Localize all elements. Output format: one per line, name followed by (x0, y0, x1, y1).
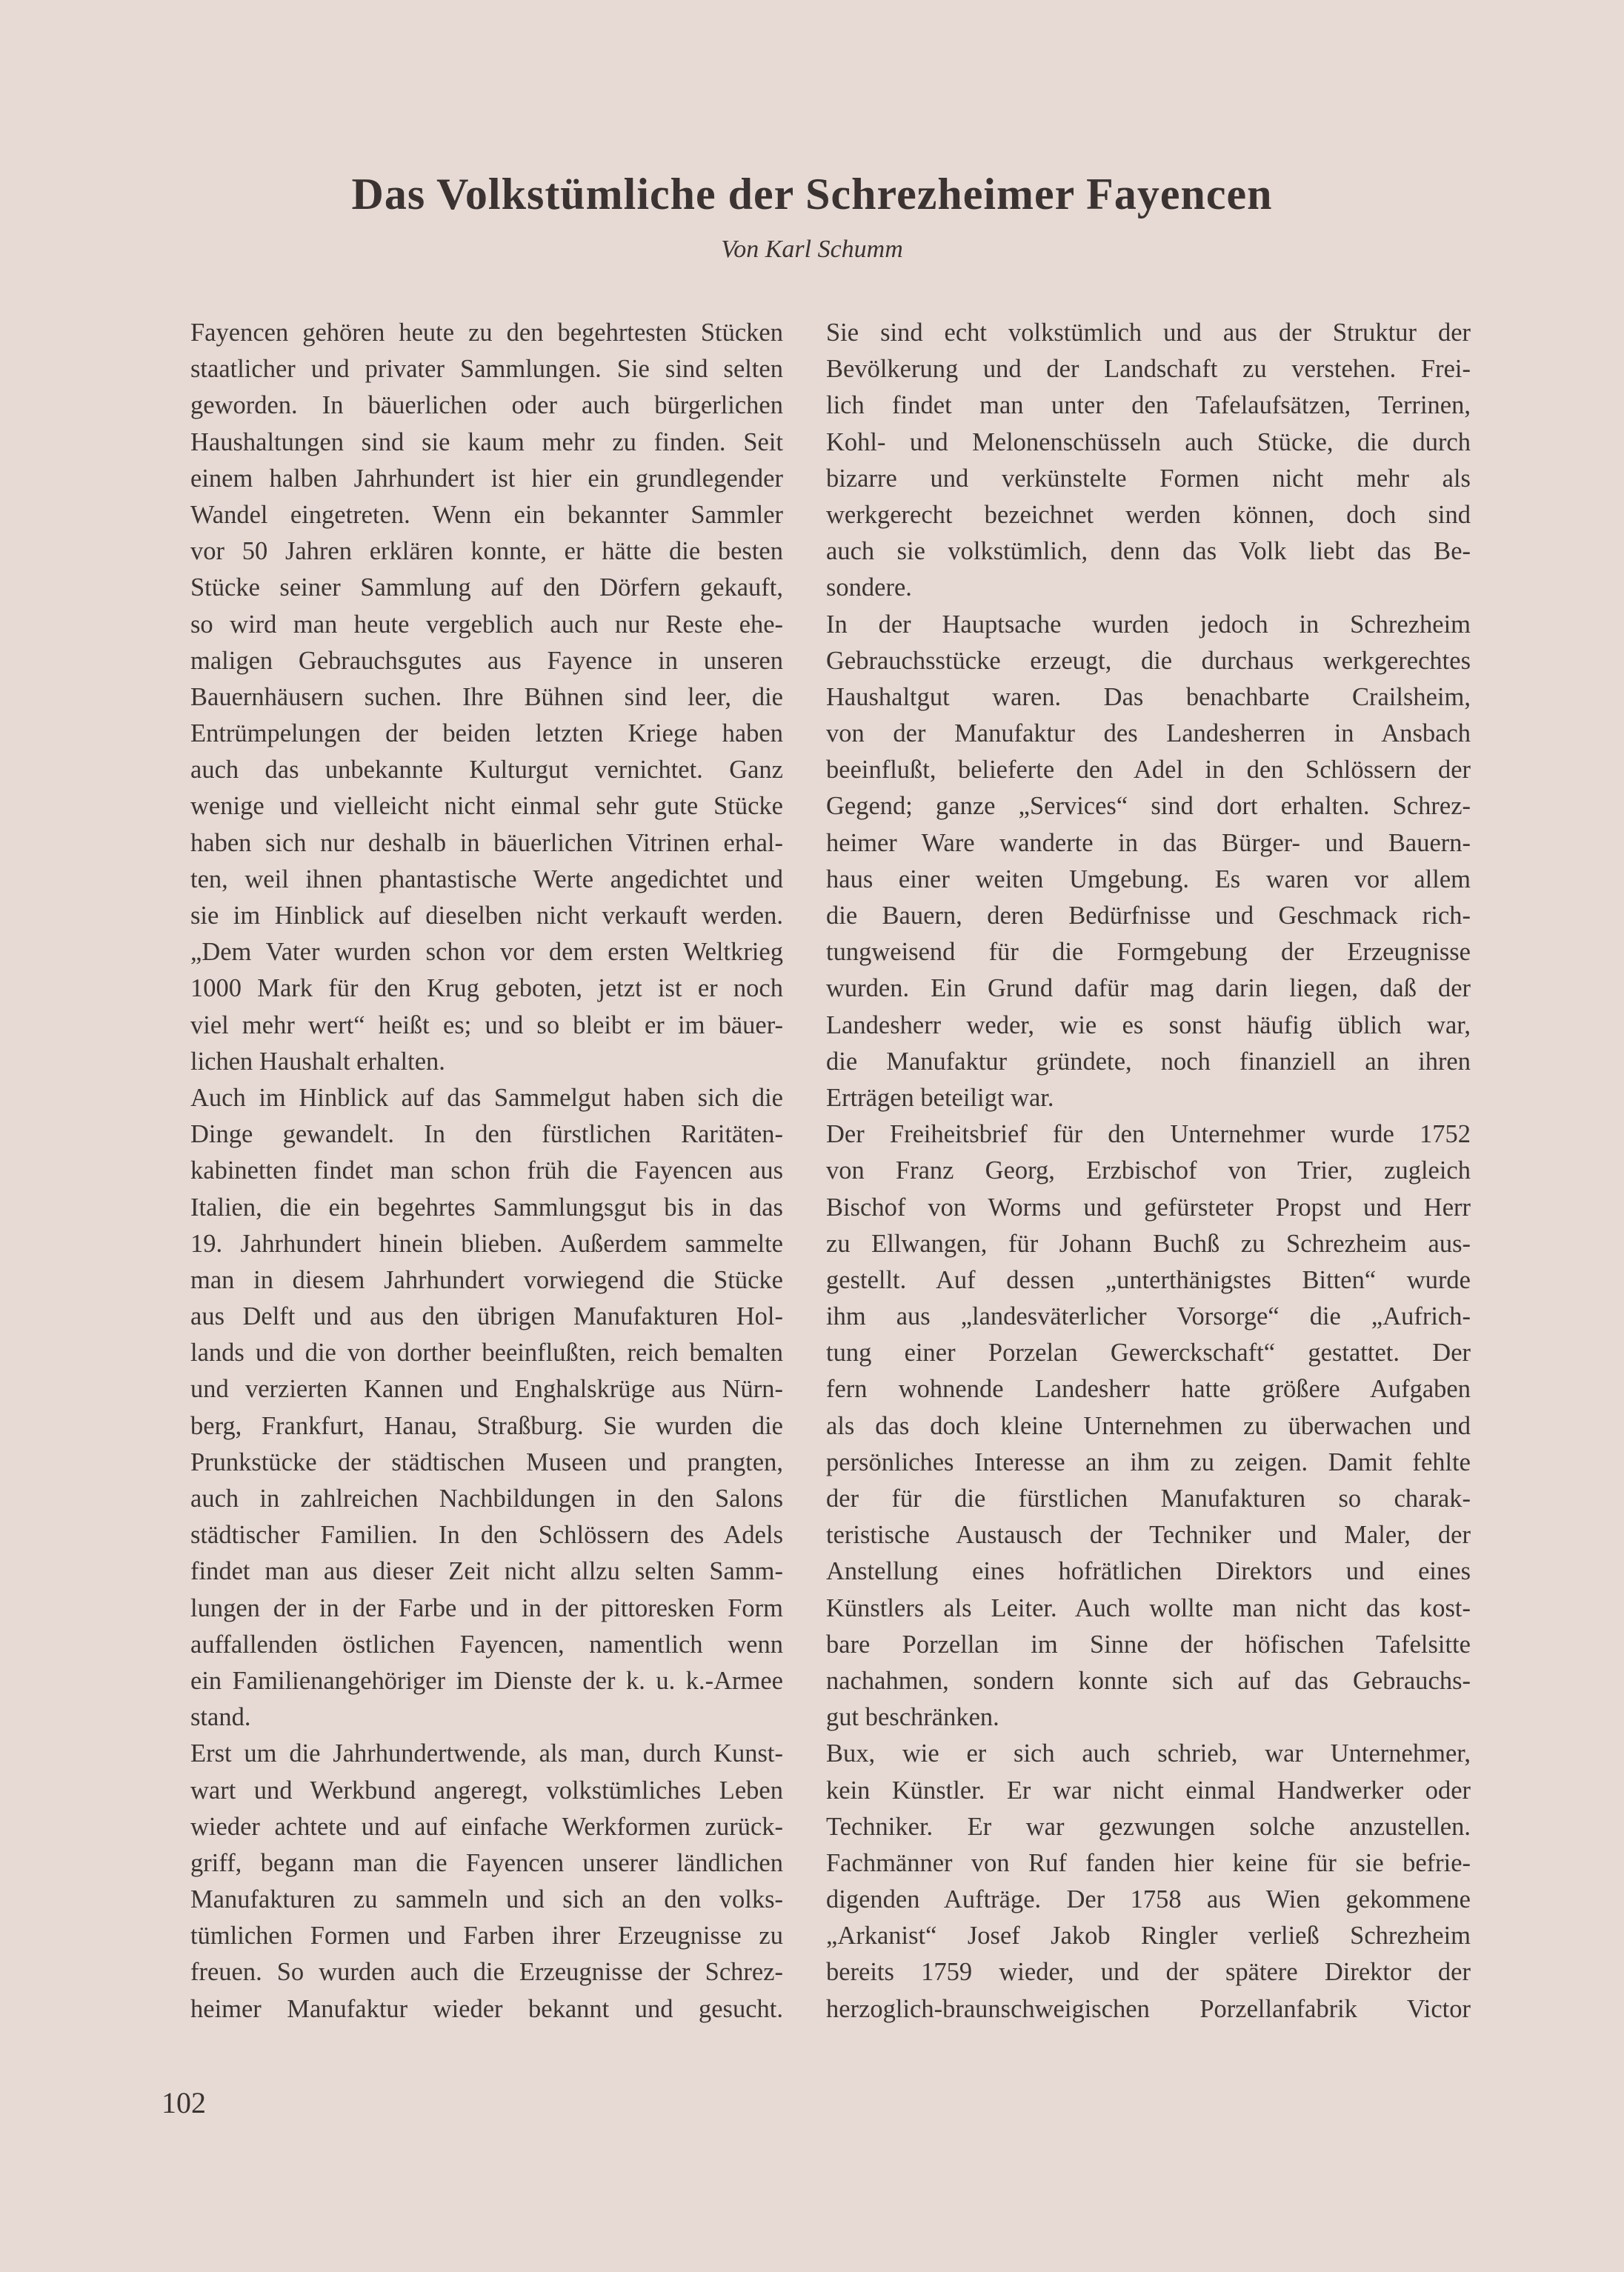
text-column-right: Sie sind echt volkstümlich und aus der S… (826, 315, 1471, 2028)
text-line: teristische Austausch der Techniker und … (826, 1517, 1471, 1553)
text-line: Gebrauchsstücke erzeugt, die durchaus we… (826, 643, 1471, 679)
text-column-left: Fayencen gehören heute zu den begehrtest… (190, 315, 783, 2028)
text-line: werkgerecht bezeichnet werden können, do… (826, 497, 1471, 533)
text-line: wart und Werkbund angeregt, volkstümlich… (190, 1773, 783, 1809)
text-line: der für die fürstlichen Manufakturen so … (826, 1481, 1471, 1517)
text-line: Italien, die ein begehrtes Sammlungsgut … (190, 1190, 783, 1226)
text-line: einem halben Jahrhundert ist hier ein gr… (190, 461, 783, 497)
text-line: lungen der in der Farbe und in der pitto… (190, 1590, 783, 1627)
text-line: heimer Ware wanderte in das Bürger- und … (826, 825, 1471, 862)
text-line: und verzierten Kannen und Enghalskrüge a… (190, 1371, 783, 1407)
text-line: Auch im Hinblick auf das Sammelgut haben… (190, 1080, 783, 1116)
text-line: nachahmen, sondern konnte sich auf das G… (826, 1663, 1471, 1699)
text-line: „Dem Vater wurden schon vor dem ersten W… (190, 934, 783, 970)
text-line: stand. (190, 1699, 783, 1736)
text-line: 19. Jahrhundert hinein blieben. Außerdem… (190, 1226, 783, 1262)
text-line: tungweisend für die Formgebung der Erzeu… (826, 934, 1471, 970)
text-line: von der Manufaktur des Landesherren in A… (826, 716, 1471, 752)
page-number: 102 (162, 2085, 206, 2120)
page-title: Das Volkstümliche der Schrezheimer Fayen… (0, 169, 1624, 220)
text-line: lands und die von dorther beeinflußten, … (190, 1335, 783, 1371)
text-line: Landesherr weder, wie es sonst häufig üb… (826, 1007, 1471, 1044)
text-line: von Franz Georg, Erzbischof von Trier, z… (826, 1153, 1471, 1189)
text-line: gestellt. Auf dessen „unterthänigstes Bi… (826, 1262, 1471, 1299)
text-line: kabinetten findet man schon früh die Fay… (190, 1153, 783, 1189)
text-line: die Bauern, deren Bedürfnisse und Geschm… (826, 898, 1471, 934)
text-line: die Manufaktur gründete, noch finanziell… (826, 1044, 1471, 1080)
text-line: sie im Hinblick auf dieselben nicht verk… (190, 898, 783, 934)
text-line: Manufakturen zu sammeln und sich an den … (190, 1882, 783, 1918)
text-line: als das doch kleine Unternehmen zu überw… (826, 1408, 1471, 1445)
text-line: wieder achtete und auf einfache Werkform… (190, 1809, 783, 1845)
text-line: findet man aus dieser Zeit nicht allzu s… (190, 1553, 783, 1590)
text-line: Dinge gewandelt. In den fürstlichen Rari… (190, 1116, 783, 1153)
text-line: Entrümpelungen der beiden letzten Kriege… (190, 716, 783, 752)
text-line: Fayencen gehören heute zu den begehrtest… (190, 315, 783, 351)
text-line: haben sich nur deshalb in bäuerlichen Vi… (190, 825, 783, 862)
text-line: aus Delft und aus den übrigen Manufaktur… (190, 1299, 783, 1335)
text-line: berg, Frankfurt, Hanau, Straßburg. Sie w… (190, 1408, 783, 1445)
text-line: „Arkanist“ Josef Jakob Ringler verließ S… (826, 1918, 1471, 1954)
text-line: auch in zahlreichen Nachbildungen in den… (190, 1481, 783, 1517)
text-line: auch das unbekannte Kulturgut vernichtet… (190, 752, 783, 788)
text-line: Gegend; ganze „Services“ sind dort erhal… (826, 788, 1471, 824)
text-line: freuen. So wurden auch die Erzeugnisse d… (190, 1954, 783, 1991)
text-line: Prunkstücke der städtischen Museen und p… (190, 1445, 783, 1481)
text-line: Bauernhäusern suchen. Ihre Bühnen sind l… (190, 679, 783, 716)
text-line: städtischer Familien. In den Schlössern … (190, 1517, 783, 1553)
text-line: maligen Gebrauchsgutes aus Fayence in un… (190, 643, 783, 679)
text-line: Bevölkerung und der Landschaft zu verste… (826, 351, 1471, 387)
text-line: zu Ellwangen, für Johann Buchß zu Schrez… (826, 1226, 1471, 1262)
text-line: bare Porzellan im Sinne der höfischen Ta… (826, 1627, 1471, 1663)
text-line: herzoglich-braunschweigischen Porzellanf… (826, 1991, 1471, 2028)
text-line: ihm aus „landesväterlicher Vorsorge“ die… (826, 1299, 1471, 1335)
text-line: wenige und vielleicht nicht einmal sehr … (190, 788, 783, 824)
text-line: viel mehr wert“ heißt es; und so bleibt … (190, 1007, 783, 1044)
text-line: persönliches Interesse an ihm zu zeigen.… (826, 1445, 1471, 1481)
text-line: auch sie volkstümlich, denn das Volk lie… (826, 533, 1471, 570)
text-line: griff, begann man die Fayencen unserer l… (190, 1845, 783, 1882)
text-line: Erst um die Jahrhundertwende, als man, d… (190, 1736, 783, 1772)
text-line: Bux, wie er sich auch schrieb, war Unter… (826, 1736, 1471, 1772)
text-line: staatlicher und privater Sammlungen. Sie… (190, 351, 783, 387)
text-line: geworden. In bäuerlichen oder auch bürge… (190, 387, 783, 424)
text-line: man in diesem Jahrhundert vorwiegend die… (190, 1262, 783, 1299)
text-line: kein Künstler. Er war nicht einmal Handw… (826, 1773, 1471, 1809)
text-line: In der Hauptsache wurden jedoch in Schre… (826, 607, 1471, 643)
text-line: sondere. (826, 570, 1471, 606)
text-line: Bischof von Worms und gefürsteter Propst… (826, 1190, 1471, 1226)
text-line: Techniker. Er war gezwungen solche anzus… (826, 1809, 1471, 1845)
text-line: lich findet man unter den Tafelaufsätzen… (826, 387, 1471, 424)
text-line: Wandel eingetreten. Wenn ein bekannter S… (190, 497, 783, 533)
text-line: heimer Manufaktur wieder bekannt und ges… (190, 1991, 783, 2028)
text-line: Kohl- und Melonenschüsseln auch Stücke, … (826, 424, 1471, 461)
text-line: haus einer weiten Umgebung. Es waren vor… (826, 862, 1471, 898)
text-line: Sie sind echt volkstümlich und aus der S… (826, 315, 1471, 351)
text-line: Anstellung eines hofrätlichen Direktors … (826, 1553, 1471, 1590)
text-line: fern wohnende Landesherr hatte größere A… (826, 1371, 1471, 1407)
text-line: auffallenden östlichen Fayencen, namentl… (190, 1627, 783, 1663)
text-line: vor 50 Jahren erklären konnte, er hätte … (190, 533, 783, 570)
text-line: tung einer Porzelan Gewerckschaft“ gesta… (826, 1335, 1471, 1371)
text-line: Fachmänner von Ruf fanden hier keine für… (826, 1845, 1471, 1882)
text-line: digenden Aufträge. Der 1758 aus Wien gek… (826, 1882, 1471, 1918)
text-line: Der Freiheitsbrief für den Unternehmer w… (826, 1116, 1471, 1153)
text-line: so wird man heute vergeblich auch nur Re… (190, 607, 783, 643)
text-line: ein Familienangehöriger im Dienste der k… (190, 1663, 783, 1699)
text-line: wurden. Ein Grund dafür mag darin liegen… (826, 970, 1471, 1007)
text-line: beeinflußt, belieferte den Adel in den S… (826, 752, 1471, 788)
text-line: gut beschränken. (826, 1699, 1471, 1736)
text-line: Haushaltungen sind sie kaum mehr zu find… (190, 424, 783, 461)
author-byline: Von Karl Schumm (0, 236, 1624, 264)
text-line: Künstlers als Leiter. Auch wollte man ni… (826, 1590, 1471, 1627)
text-line: bereits 1759 wieder, und der spätere Dir… (826, 1954, 1471, 1991)
text-line: ten, weil ihnen phantastische Werte ange… (190, 862, 783, 898)
text-line: Haushaltgut waren. Das benachbarte Crail… (826, 679, 1471, 716)
text-line: 1000 Mark für den Krug geboten, jetzt is… (190, 970, 783, 1007)
text-line: lichen Haushalt erhalten. (190, 1044, 783, 1080)
text-line: tümlichen Formen und Farben ihrer Erzeug… (190, 1918, 783, 1954)
text-line: bizarre und verkünstelte Formen nicht me… (826, 461, 1471, 497)
text-line: Erträgen beteiligt war. (826, 1080, 1471, 1116)
text-line: Stücke seiner Sammlung auf den Dörfern g… (190, 570, 783, 606)
